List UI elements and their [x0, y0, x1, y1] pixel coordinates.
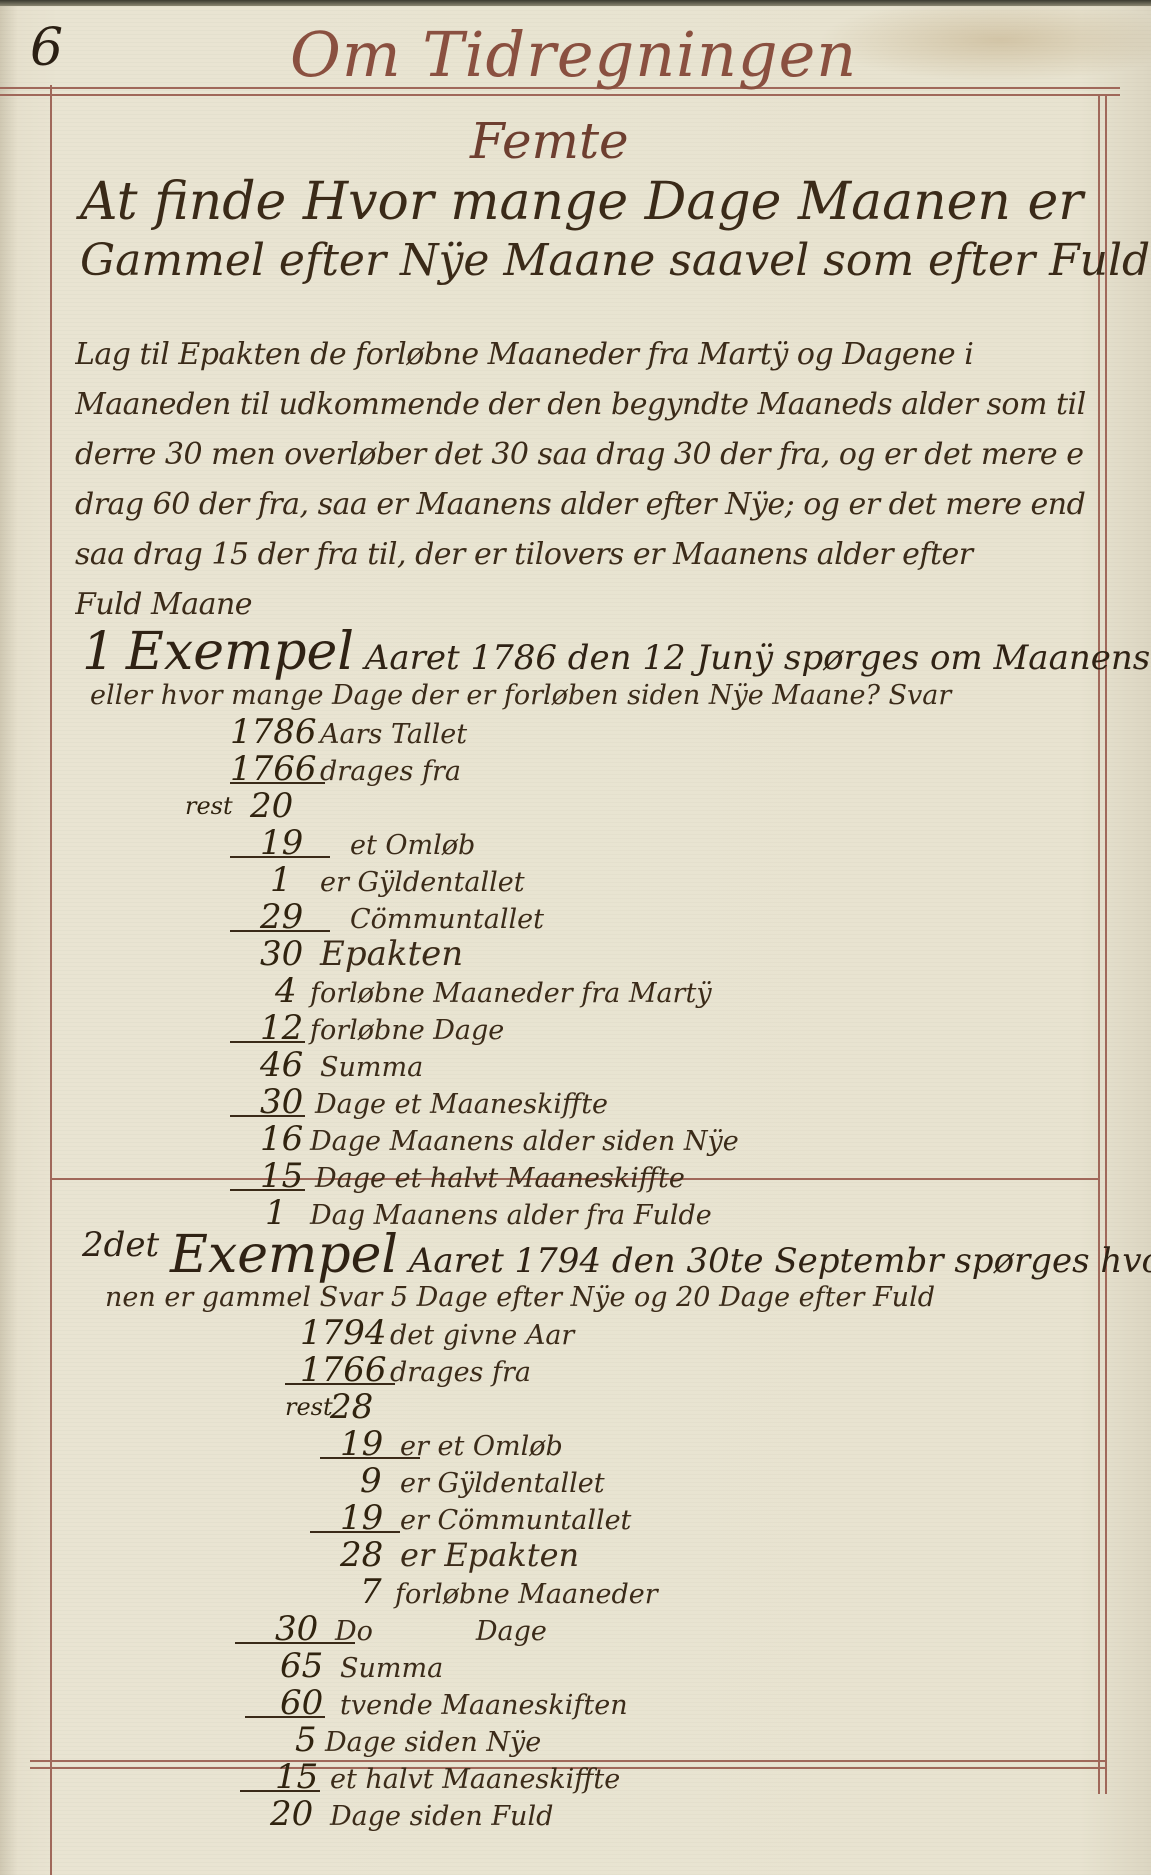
calc-number: 4 — [275, 971, 310, 1011]
calc-row: 9er Gÿldentallet — [235, 1461, 658, 1498]
calc-number: 1786 — [230, 712, 320, 752]
instruction-line: saa drag 15 der fra til, der er tilovers… — [75, 530, 1085, 580]
calc-number: 28 — [340, 1535, 400, 1575]
example-1-label: Exempel — [126, 622, 354, 682]
example-2-heading: 2det Exempel Aaret 1794 den 30te Septemb… — [82, 1225, 1151, 1285]
calc-row: 1794det givne Aar — [235, 1313, 658, 1350]
calc-label: et halvt Maaneskiffte — [330, 1764, 620, 1795]
calc-row: 1766drages fra — [235, 1350, 658, 1387]
example-2-line-1: Aaret 1794 den 30te Septembr spørges hvo… — [409, 1241, 1151, 1281]
calc-label: drages fra — [320, 756, 461, 787]
calc-number: 16 — [260, 1119, 310, 1159]
sum-underline — [230, 930, 330, 932]
calc-label: er et Omløb — [400, 1431, 563, 1462]
calc-row: 29Cömmuntallet — [230, 897, 739, 934]
calc-label: er Gÿldentallet — [400, 1468, 605, 1499]
calc-prefix: rest — [285, 1393, 333, 1421]
calc-row: 16Dage Maanens alder siden Nÿe — [230, 1119, 739, 1156]
example-2-number: 2det — [82, 1225, 159, 1265]
running-title: Om Tidregningen — [290, 18, 857, 91]
right-margin-rule-2 — [1105, 94, 1107, 1794]
page-number: 6 — [30, 18, 63, 78]
calc-row: 15Dage et halvt Maaneskiffte — [230, 1156, 739, 1193]
calc-row: 1er Gÿldentallet — [230, 860, 739, 897]
sum-underline — [285, 1383, 395, 1385]
example-1-heading: 1 Exempel Aaret 1786 den 12 Junÿ spørges… — [82, 622, 1151, 682]
calc-label: det givne Aar — [390, 1320, 574, 1351]
calc-label: Dage et halvt Maaneskiffte — [315, 1163, 685, 1194]
calc-label: forløbne Dage — [310, 1015, 504, 1046]
calc-row: 7forløbne Maaneder — [235, 1572, 658, 1609]
example-1-line-2: eller hvor mange Dage der er forløben si… — [90, 680, 951, 711]
calc-number: 30 — [260, 934, 320, 974]
page-top-edge — [0, 0, 1151, 6]
calc-row: 1786Aars Tallet — [230, 712, 739, 749]
calc-number: 46 — [260, 1045, 320, 1085]
calc-row: 20Dage siden Fuld — [235, 1794, 658, 1831]
calc-row: rest20 — [230, 786, 739, 823]
calc-label: Summa — [320, 1052, 423, 1083]
sum-underline — [310, 1531, 400, 1533]
calc-number: 20 — [230, 786, 340, 826]
instruction-line: drag 60 der fra, saa er Maanens alder ef… — [75, 480, 1085, 530]
calc-label: er Gÿldentallet — [320, 867, 525, 898]
calc-label: er Epakten — [400, 1536, 579, 1574]
calc-label: Summa — [340, 1653, 443, 1684]
calc-row: 30Do Dage — [235, 1609, 658, 1646]
calc-label: forløbne Maaneder — [395, 1579, 658, 1610]
calc-label: Dage Maanens alder siden Nÿe — [310, 1126, 739, 1157]
calc-row: 28er Epakten — [235, 1535, 658, 1572]
example-1-calculation: 1786Aars Tallet 1766drages fra rest20 19… — [230, 712, 739, 1230]
calc-row: 4forløbne Maaneder fra Martÿ — [230, 971, 739, 1008]
calc-label: Dage siden Fuld — [330, 1801, 553, 1832]
top-rule-2 — [0, 94, 1120, 96]
example-2-calculation: 1794det givne Aar 1766drages fra rest28 … — [235, 1313, 658, 1831]
example-1-line-1: Aaret 1786 den 12 Junÿ spørges om Maanen… — [365, 638, 1151, 678]
calc-label: Do Dage — [335, 1616, 547, 1647]
calc-row: 30Dage et Maaneskiffte — [230, 1082, 739, 1119]
instruction-line: derre 30 men overløber det 30 saa drag 3… — [75, 430, 1085, 480]
sum-underline — [235, 1642, 355, 1644]
example-1-number: 1 — [82, 622, 115, 682]
calc-row: rest28 — [235, 1387, 658, 1424]
calc-label: et Omløb — [350, 830, 475, 861]
calc-number: 5 — [295, 1720, 325, 1760]
calc-row: 30Epakten — [230, 934, 739, 971]
heading-line-2: Gammel efter Nÿe Maane saavel som efter … — [80, 235, 1151, 286]
calc-label: Epakten — [320, 934, 463, 974]
sum-underline — [240, 1790, 320, 1792]
sum-underline — [245, 1716, 325, 1718]
left-margin-rule — [50, 85, 52, 1875]
example-2-label: Exempel — [170, 1225, 398, 1285]
calc-row: 1766drages fra — [230, 749, 739, 786]
calc-row: 19er et Omløb — [235, 1424, 658, 1461]
calc-label: Cömmuntallet — [350, 904, 544, 935]
instruction-line: Maaneden til udkommende der den begyndte… — [75, 380, 1085, 430]
calc-row: 19er Cömmuntallet — [235, 1498, 658, 1535]
calc-label: Dage siden Nÿe — [325, 1727, 541, 1758]
calc-label: forløbne Maaneder fra Martÿ — [310, 978, 712, 1009]
example-2-line-2: nen er gammel Svar 5 Dage efter Nÿe og 2… — [105, 1282, 935, 1313]
calc-number: 1794 — [300, 1313, 390, 1353]
calc-number: 1 — [270, 860, 320, 900]
calc-prefix: rest — [185, 792, 233, 820]
section-label: Femte — [470, 112, 629, 170]
calc-row: 65Summa — [235, 1646, 658, 1683]
sum-underline — [230, 782, 325, 784]
calc-number: 65 — [280, 1646, 340, 1686]
calc-row: 60tvende Maaneskiften — [235, 1683, 658, 1720]
calc-label: drages fra — [390, 1357, 531, 1388]
sum-underline — [320, 1457, 420, 1459]
calc-row: 12forløbne Dage — [230, 1008, 739, 1045]
calc-number: 28 — [330, 1387, 420, 1427]
sum-underline — [230, 1041, 305, 1043]
calc-number: 20 — [270, 1794, 330, 1834]
calc-row: 15et halvt Maaneskiffte — [235, 1757, 658, 1794]
right-margin-rule-1 — [1098, 94, 1100, 1794]
calc-label: Aars Tallet — [320, 719, 467, 750]
calc-label: tvende Maaneskiften — [340, 1690, 628, 1721]
calc-number: 9 — [360, 1461, 400, 1501]
calc-row: 19et Omløb — [230, 823, 739, 860]
heading-line-1: At finde Hvor mange Dage Maanen er — [80, 172, 1083, 232]
calc-label: Dage et Maaneskiffte — [315, 1089, 608, 1120]
instructions-paragraph: Lag til Epakten de forløbne Maaneder fra… — [75, 330, 1085, 630]
manuscript-page: 6 Om Tidregningen Femte At finde Hvor ma… — [0, 0, 1151, 1875]
calc-row: 5Dage siden Nÿe — [235, 1720, 658, 1757]
calc-number: 7 — [360, 1572, 395, 1612]
calc-row: 46Summa — [230, 1045, 739, 1082]
calc-label: er Cömmuntallet — [400, 1505, 631, 1536]
sum-underline — [230, 1189, 305, 1191]
sum-underline — [230, 1115, 305, 1117]
sum-underline — [230, 856, 330, 858]
instruction-line: Lag til Epakten de forløbne Maaneder fra… — [75, 330, 1085, 380]
